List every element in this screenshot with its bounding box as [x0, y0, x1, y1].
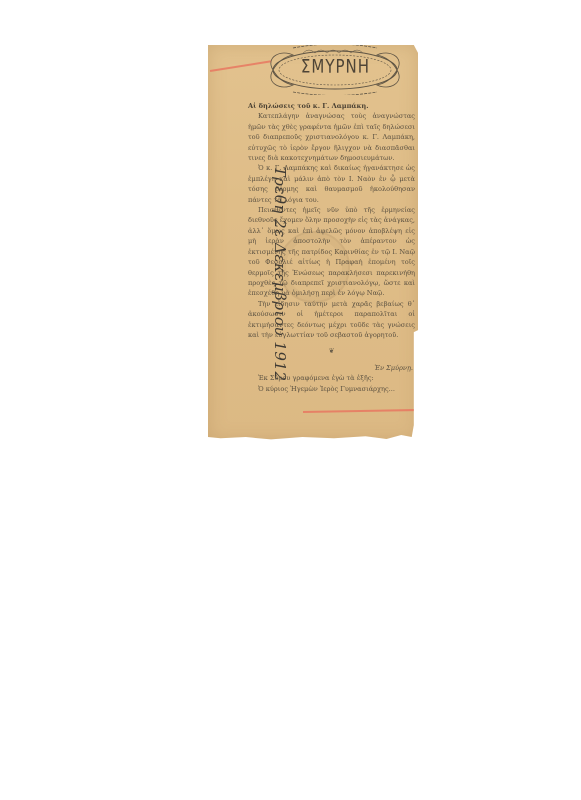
article-paragraph: Ὁ κ. Γ. Λαμπάκης καὶ δικαίως ἠγανάκτησε …	[248, 163, 415, 205]
article-body: Αἱ δηλώσεις τοῦ κ. Γ. Λαμπάκη. Κατεπλάγη…	[248, 101, 415, 394]
red-pencil-mark	[303, 409, 418, 413]
newspaper-clipping: ΣΜΥΡΝΗ Τρεθη 2ε Δεκεμβριου 1912 Αἱ δηλώσ…	[208, 45, 418, 441]
article-headline: Αἱ δηλώσεις τοῦ κ. Γ. Λαμπάκη.	[248, 101, 415, 111]
article-signature: Ἐν Σμύρνῃ.	[248, 363, 415, 373]
section-ornament-icon: ❦	[248, 346, 415, 356]
article-paragraph: Πεισθέντες ἡμεῖς νῦν ὑπὸ τῆς ἑρμηνείας δ…	[248, 205, 415, 299]
masthead: ΣΜΥΡΝΗ	[263, 43, 408, 95]
next-article-line: Ἐκ Σύρου γραφόμενα ἐγὼ τὰ ἑξῆς:	[248, 373, 415, 383]
next-article-line: Ὁ κύριος Ἠγεμὼν Ἰερὸς Γυμνασιάρχης...	[248, 384, 415, 394]
masthead-title: ΣΜΥΡΝΗ	[263, 55, 408, 78]
article-paragraph: Κατεπλάγην ἀναγνώσας τοὺς ἀναγνώστας ἡμῶ…	[248, 111, 415, 163]
article-paragraph: Τὴν εἴδησιν ταύτην μετὰ χαρᾶς βεβαίως θ᾽…	[248, 299, 415, 341]
